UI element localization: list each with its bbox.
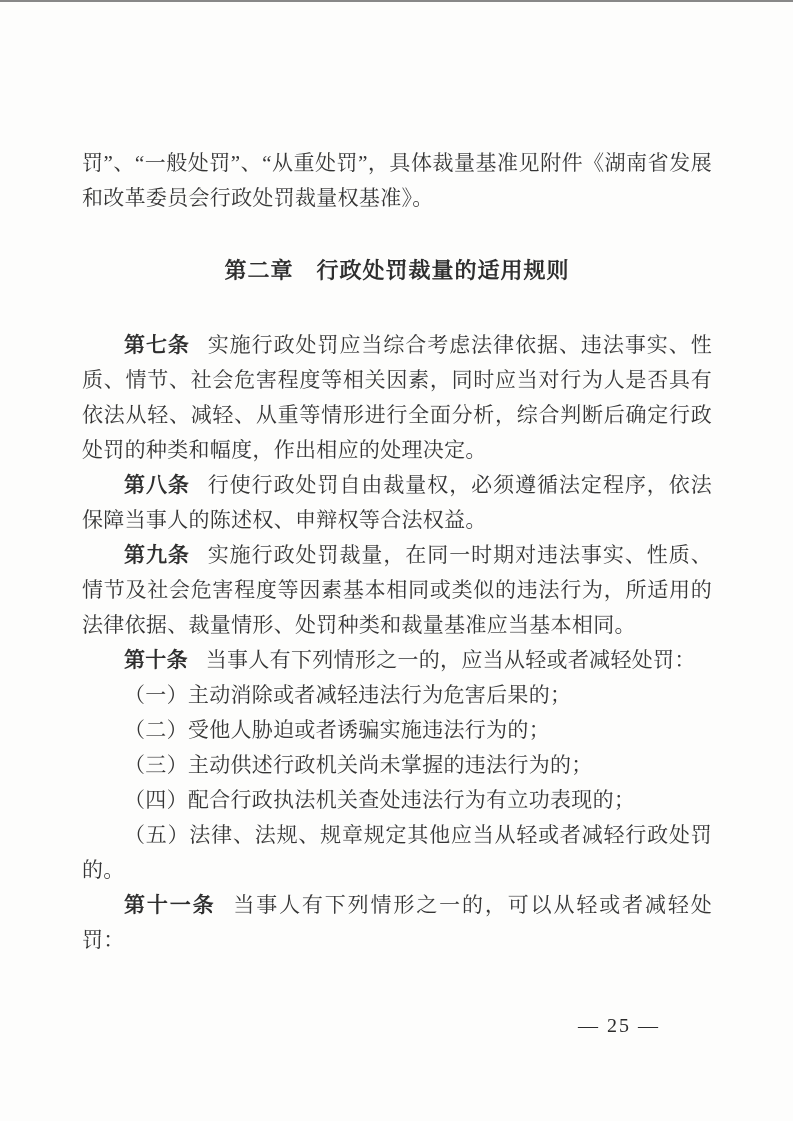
clause-item-5: （五）法律、法规、规章规定其他应当从轻或者减轻行政处罚的。 (82, 818, 712, 888)
scanned-document-page: 罚”、“一般处罚”、“从重处罚”，具体裁量基准见附件《湖南省发展和改革委员会行政… (0, 0, 793, 1121)
article-10-label: 第十条 (124, 649, 188, 672)
chapter-heading: 第二章 行政处罚裁量的适用规则 (82, 253, 712, 288)
page-number: — 25 — (578, 1012, 660, 1040)
paragraph-continuation: 罚”、“一般处罚”、“从重处罚”，具体裁量基准见附件《湖南省发展和改革委员会行政… (82, 146, 712, 216)
document-content: 罚”、“一般处罚”、“从重处罚”，具体裁量基准见附件《湖南省发展和改革委员会行政… (82, 146, 712, 958)
article-9-label: 第九条 (124, 544, 190, 567)
article-8-label: 第八条 (124, 474, 190, 497)
article-11-label: 第十一条 (124, 894, 215, 917)
clause-item-2: （二）受他人胁迫或者诱骗实施违法行为的； (82, 713, 712, 748)
article-10-text: 当事人有下列情形之一的，应当从轻或者减轻处罚： (206, 648, 696, 672)
article-7-label: 第七条 (124, 334, 190, 357)
article-8: 第八条行使行政处罚自由裁量权，必须遵循法定程序，依法保障当事人的陈述权、申辩权等… (82, 468, 712, 538)
article-11: 第十一条当事人有下列情形之一的，可以从轻或者减轻处罚： (82, 888, 712, 958)
clause-item-3: （三）主动供述行政机关尚未掌握的违法行为的； (82, 748, 712, 783)
clause-item-4: （四）配合行政执法机关查处违法行为有立功表现的； (82, 783, 712, 818)
article-10: 第十条当事人有下列情形之一的，应当从轻或者减轻处罚： (82, 643, 712, 678)
scan-edge-artifact (0, 0, 793, 2)
article-7: 第七条实施行政处罚应当综合考虑法律依据、违法事实、性质、情节、社会危害程度等相关… (82, 328, 712, 468)
article-9: 第九条实施行政处罚裁量，在同一时期对违法事实、性质、情节及社会危害程度等因素基本… (82, 538, 712, 643)
clause-item-1: （一）主动消除或者减轻违法行为危害后果的； (82, 678, 712, 713)
